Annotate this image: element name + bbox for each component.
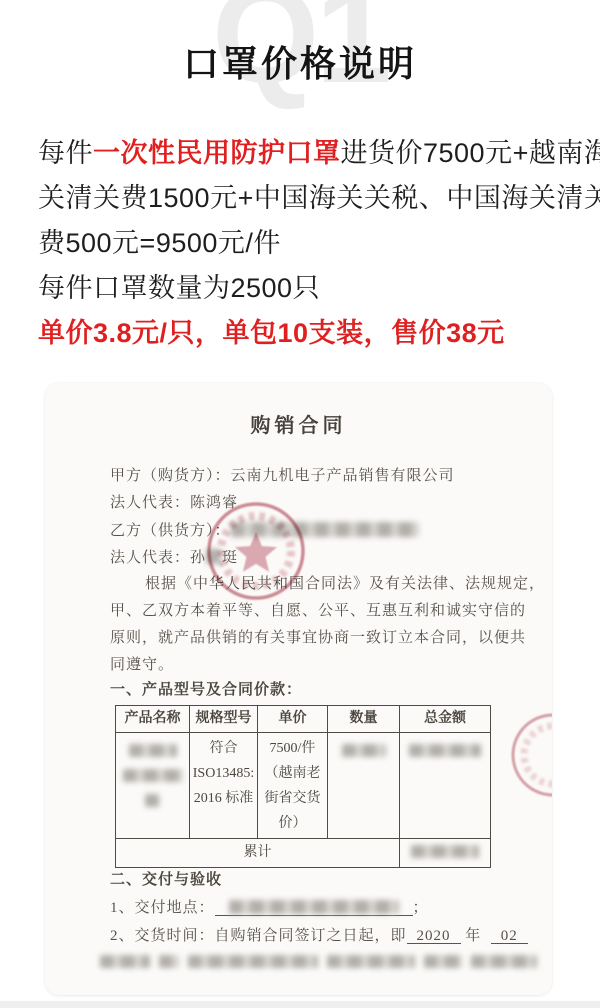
rep-b-redacted-char: [206, 549, 222, 564]
bottom-redacted-2: [159, 955, 179, 968]
party-b-label: 乙方（供货方）：: [110, 523, 231, 539]
delivery-time-line: 2、交货时间：自购销合同签订之日起，即2020 年 02: [110, 927, 528, 945]
party-a-representative: 法人代表：陈鸿睿: [110, 494, 238, 512]
cell-spec: 符合 ISO13485: 2016 标准: [190, 733, 258, 839]
col-quantity: 数量: [328, 706, 400, 733]
intro-line-2: 关清关费1500元+中国海关关税、中国海关清关: [38, 176, 600, 221]
delivery-year-fill: 2020: [407, 929, 461, 944]
bottom-redacted-4: [327, 955, 415, 968]
col-spec-model: 规格型号: [190, 706, 258, 733]
preamble-line-4: 同遵守。: [110, 656, 174, 674]
page-title: 口罩价格说明: [0, 36, 600, 87]
preamble-line-1: 根据《中华人民共和国合同法》及有关法律、法规规定，: [110, 575, 545, 593]
total-label-cell: 累计: [116, 839, 400, 868]
col-product-name: 产品名称: [116, 706, 190, 733]
col-unit-price: 单价: [258, 706, 328, 733]
bottom-redacted-3: [188, 955, 318, 968]
delivery-place-line: 1、交付地点：；: [110, 899, 429, 917]
party-b-line: 乙方（供货方）：: [110, 522, 419, 540]
intro-line-3: 费500元=9500元/件: [38, 221, 600, 266]
bottom-redacted-1: [100, 955, 150, 968]
delivery-time-label: 2、交货时间：自购销合同签订之日起，即: [110, 928, 407, 944]
product-name-redacted-3: [145, 794, 160, 807]
intro-line-1: 每件一次性民用防护口罩进货价7500元+越南海: [38, 131, 600, 176]
intro-line-1-highlight: 一次性民用防护口罩: [93, 138, 341, 168]
preamble-line-3: 原则，就产品供销的有关事宜协商一致订立本合同，以便共: [110, 629, 526, 647]
price-table-data-row: 符合 ISO13485: 2016 标准 7500/件 （越南老 街省交货 价）: [116, 733, 491, 839]
price-table-total-row: 累计: [116, 839, 491, 868]
rep-b-prefix: 法人代表：孙: [110, 550, 206, 566]
page-bottom-divider: [0, 1001, 600, 1008]
intro-line-1-prefix: 每件: [38, 138, 93, 168]
partial-seal-icon: [498, 700, 552, 809]
party-b-representative: 法人代表：孙珽: [110, 549, 238, 567]
section-1-heading: 一、产品型号及合同价款：: [110, 681, 302, 699]
preamble-line-2: 甲、乙双方本着平等、自愿、公平、互惠互利和诚实守信的: [110, 602, 526, 620]
intro-price-highlight: 单价3.8元/只，单包10支装，售价38元: [38, 311, 600, 356]
delivery-place-redacted: [229, 900, 399, 914]
col-total-amount: 总金额: [400, 706, 491, 733]
contract-title: 购销合同: [45, 409, 552, 438]
cell-unit-price: 7500/件 （越南老 街省交货 价）: [258, 733, 328, 839]
party-b-redacted: [231, 522, 419, 537]
product-name-redacted-1: [129, 744, 177, 757]
product-name-redacted-2: [123, 769, 183, 782]
price-table: 产品名称 规格型号 单价 数量 总金额 符合 ISO13485: 2016 标准…: [115, 705, 491, 868]
grand-total-redacted-cell: [400, 839, 491, 868]
section-2-heading: 二、交付与验收: [110, 871, 222, 889]
delivery-place-fill: [215, 900, 413, 916]
year-unit: 年: [465, 928, 481, 944]
quantity-redacted: [342, 744, 386, 757]
grand-total-redacted: [411, 845, 479, 858]
intro-line-1-rest: 进货价7500元+越南海: [341, 138, 600, 168]
redacted-bottom-line: [100, 955, 537, 968]
bottom-redacted-6: [471, 955, 537, 968]
rep-b-suffix: 珽: [222, 550, 238, 566]
delivery-place-tail: ；: [413, 900, 429, 916]
delivery-place-label: 1、交付地点：: [110, 900, 215, 916]
cell-product-name-redacted: [116, 733, 190, 839]
cell-quantity-redacted: [328, 733, 400, 839]
contract-photo: 购销合同 甲方（购货方）：云南九机电子产品销售有限公司 法人代表：陈鸿睿 乙方（…: [45, 383, 552, 995]
delivery-month-fill: 02: [491, 929, 528, 944]
bottom-redacted-5: [424, 955, 462, 968]
intro-line-4: 每件口罩数量为2500只: [38, 266, 600, 311]
party-a-line: 甲方（购货方）：云南九机电子产品销售有限公司: [110, 467, 455, 485]
cell-total-redacted: [400, 733, 491, 839]
price-table-header-row: 产品名称 规格型号 单价 数量 总金额: [116, 706, 491, 733]
intro-paragraphs: 每件一次性民用防护口罩进货价7500元+越南海 关清关费1500元+中国海关关税…: [38, 131, 600, 356]
total-redacted: [409, 744, 481, 757]
